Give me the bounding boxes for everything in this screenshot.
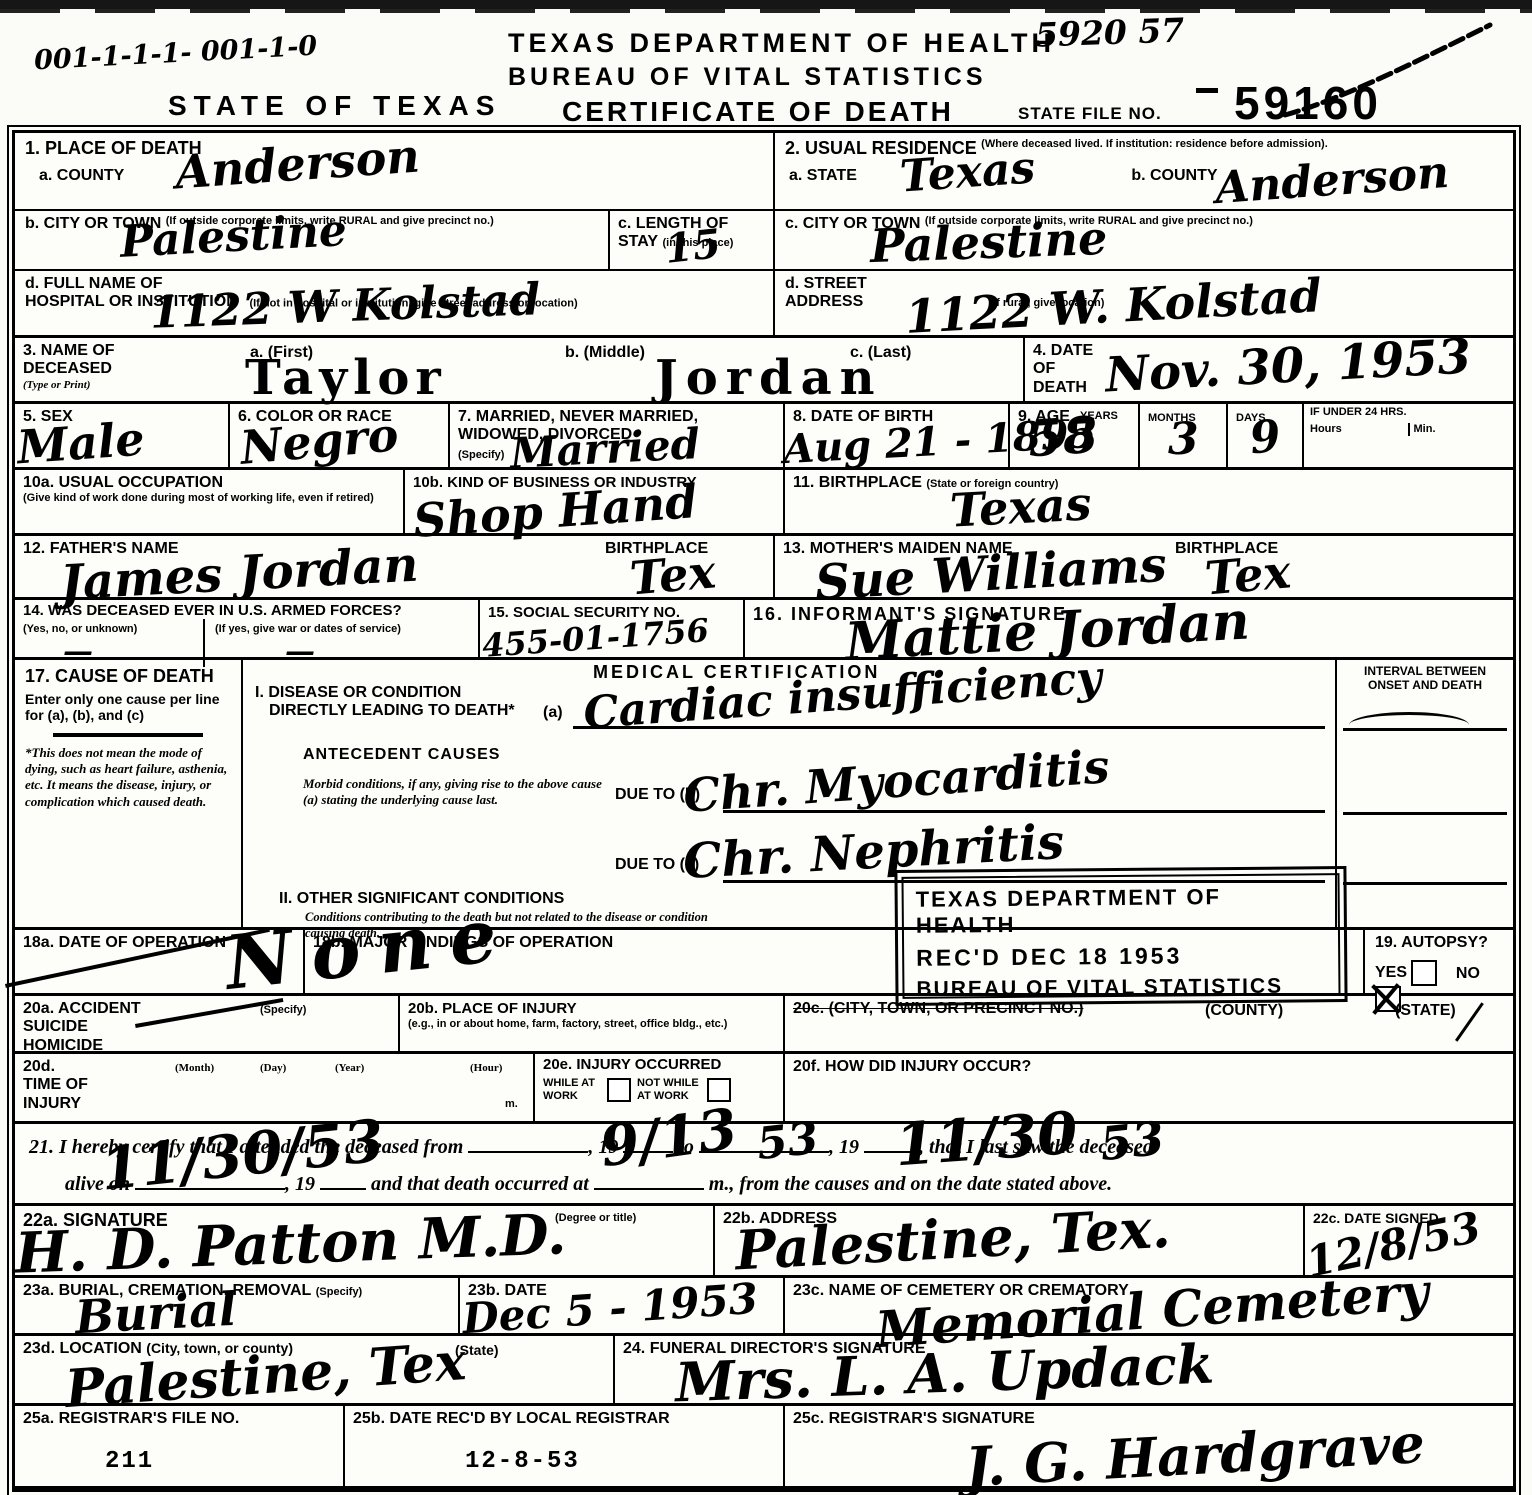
interval-label-line1: INTERVAL BETWEEN	[1343, 664, 1507, 678]
residence-city-value-handwriting: Palestine	[869, 215, 1108, 269]
time-m-label: m.	[505, 1098, 518, 1111]
hospital-value-handwriting: 1122 W Kolstad	[149, 278, 541, 336]
date-of-death-value-handwriting: Nov. 30, 1953	[1104, 332, 1472, 399]
pen-stroke-icon	[1280, 20, 1500, 130]
certify-from-value-handwriting: 9/13	[597, 1101, 741, 1176]
usual-residence-section: 2. USUAL RESIDENCE (Where deceased lived…	[775, 133, 1513, 335]
pen-dash-mark	[1196, 88, 1218, 93]
disease-condition-label1: I. DISEASE OR CONDITION	[255, 684, 515, 702]
row-location-funeraldirector: 23d. LOCATION (City, town, or county) (S…	[15, 1336, 1513, 1406]
registrar-signature-label: 25c. REGISTRAR'S SIGNATURE	[793, 1410, 1035, 1427]
received-stamp: TEXAS DEPARTMENT OF HEALTH REC'D DEC 18 …	[894, 866, 1347, 1006]
ssn-value-handwriting: 455-01-1756	[481, 614, 710, 662]
pen-squiggle-mark	[1349, 712, 1469, 725]
injury-state-label: (STATE)	[1395, 1002, 1456, 1020]
residence-state-label: a. STATE	[789, 167, 857, 184]
father-birthplace-value-handwriting: Tex	[628, 548, 717, 601]
cause-of-death-note1: Enter only one cause per line for (a), (…	[25, 691, 231, 723]
county-value-handwriting: Anderson	[174, 133, 421, 196]
while-at-work-label: WHILE AT WORK	[543, 1077, 601, 1103]
row-name-deathdate: 3. NAME OF DECEASED (Type or Print) a. (…	[15, 338, 1513, 404]
cause-of-death-note2: *This does not mean the mode of dying, s…	[25, 745, 231, 810]
cause-of-death-label: 17. CAUSE OF DEATH	[25, 666, 231, 687]
birthplace-value-handwriting: Texas	[949, 480, 1093, 533]
age-days-value-handwriting: 9	[1248, 415, 1283, 462]
row-place-residence: 1. PLACE OF DEATH a. COUNTY Anderson b. …	[15, 133, 1513, 338]
certify-fromyear-value-handwriting: 53	[755, 1117, 820, 1167]
marital-value-handwriting: Married	[509, 423, 701, 475]
interval-b-line	[1343, 812, 1507, 815]
row-armedforces-ssn-informant: 14. WAS DECEASED EVER IN U.S. ARMED FORC…	[15, 600, 1513, 660]
registrar-file-value: 211	[105, 1448, 154, 1475]
occupation-label: 10a. USUAL OCCUPATION	[23, 474, 223, 491]
scan-edge-artifact	[0, 0, 1532, 9]
first-name-value-handwriting: Taylor	[245, 354, 447, 402]
accident-suicide-homicide-label: 20a. ACCIDENT SUICIDE HOMICIDE	[23, 1000, 153, 1055]
name-of-deceased-label: 3. NAME OF DECEASED	[23, 342, 173, 379]
certify-to-value-handwriting: 11/30	[893, 1104, 1079, 1175]
injury-county-label: (COUNTY)	[1205, 1002, 1283, 1020]
row-accident-placeofinjury: 20a. ACCIDENT SUICIDE HOMICIDE (Specify)…	[15, 996, 1513, 1054]
autopsy-no-label: NO	[1456, 965, 1480, 982]
department-line1: TEXAS DEPARTMENT OF HEALTH	[508, 28, 1055, 59]
autopsy-yes-label: YES	[1375, 965, 1407, 982]
time-of-injury-label: 20d. TIME OF INJURY	[23, 1058, 93, 1113]
accident-note: (Specify)	[260, 1004, 306, 1017]
certify-toyear-value-handwriting: 53	[1098, 1115, 1166, 1167]
disease-a-label: (a)	[543, 704, 563, 722]
last-name-value-handwriting: Jordan	[655, 354, 883, 402]
age-years-value-handwriting: 58	[1026, 410, 1099, 465]
row-burial: 23a. BURIAL, CREMATION, REMOVAL (Specify…	[15, 1278, 1513, 1336]
time-year-label: (Year)	[335, 1062, 364, 1075]
date-of-death-label: 4. DATE OF DEATH	[1033, 342, 1103, 397]
funeral-director-value-handwriting: Mrs. L. A. Updack	[674, 1337, 1215, 1410]
divider-line	[53, 733, 203, 737]
interval-label-line2: ONSET AND DEATH	[1343, 678, 1507, 692]
length-of-stay-value-handwriting: 15	[663, 224, 723, 270]
race-value-handwriting: Negro	[238, 411, 400, 471]
row-time-of-injury: 20d. TIME OF INJURY (Month) (Day) (Year)…	[15, 1054, 1513, 1124]
injury-occurred-label: 20e. INJURY OCCURRED	[543, 1056, 775, 1073]
place-of-injury-note: (e.g., in or about home, farm, factory, …	[408, 1018, 738, 1031]
row-parents: 12. FATHER'S NAME BIRTHPLACE James Jorda…	[15, 536, 1513, 600]
age-min-label: Min.	[1414, 423, 1508, 436]
handwritten-code: 001-1-1-1- 001-1-0	[33, 33, 317, 75]
how-did-injury-occur-label: 20f. HOW DID INJURY OCCUR?	[793, 1058, 1031, 1075]
state-file-no-label: STATE FILE NO.	[1018, 104, 1162, 124]
place-of-death-section: 1. PLACE OF DEATH a. COUNTY Anderson b. …	[15, 133, 775, 335]
registrar-date-value: 12-8-53	[465, 1448, 580, 1475]
stamp-line3: BUREAU OF VITAL STATISTICS	[916, 974, 1326, 1002]
stamp-line1: TEXAS DEPARTMENT OF HEALTH	[916, 883, 1326, 939]
row-registrar: 25a. REGISTRAR'S FILE NO. 211 25b. DATE …	[15, 1406, 1513, 1489]
birthplace-label: 11. BIRTHPLACE	[793, 474, 922, 491]
autopsy-yes-checkbox	[1411, 960, 1437, 986]
middle-name-label: b. (Middle)	[565, 344, 645, 362]
row-physician-signature: 22a. SIGNATURE (Degree or title) H. D. P…	[15, 1206, 1513, 1278]
city-value-handwriting: Palestine	[119, 209, 348, 265]
age-hours-label: Hours	[1310, 423, 1404, 436]
while-at-work-checkbox	[607, 1078, 631, 1102]
sex-value-handwriting: Male	[16, 416, 146, 471]
signature-degree-note: (Degree or title)	[555, 1212, 636, 1225]
interval-a-line	[1343, 728, 1507, 731]
not-while-at-work-label: NOT WHILE AT WORK	[637, 1077, 701, 1103]
due-to-b-value-handwriting: Chr. Myocarditis	[682, 743, 1111, 819]
occupation-note: (Give kind of work done during most of w…	[23, 492, 395, 505]
residence-state-value-handwriting: Texas	[899, 146, 1037, 199]
state-of-texas-title: STATE OF TEXAS	[168, 90, 501, 122]
residence-county-value-handwriting: Anderson	[1214, 151, 1451, 211]
row-occupation-birthplace: 10a. USUAL OCCUPATION (Give kind of work…	[15, 470, 1513, 536]
residence-county-label: b. COUNTY	[1131, 167, 1217, 184]
handwritten-file-number: 5920 57	[1034, 13, 1184, 51]
marital-note: (Specify)	[458, 449, 504, 461]
time-day-label: (Day)	[260, 1062, 286, 1075]
antecedent-causes-label: ANTECEDENT CAUSES	[303, 746, 500, 764]
burial-type-note: (Specify)	[316, 1286, 362, 1298]
interval-c-line	[1343, 882, 1507, 885]
antecedent-note: Morbid conditions, if any, giving rise t…	[303, 776, 603, 809]
registrar-date-label: 25b. DATE REC'D BY LOCAL REGISTRAR	[353, 1410, 670, 1427]
department-header: TEXAS DEPARTMENT OF HEALTH BUREAU OF VIT…	[508, 28, 1055, 92]
burial-type-value-handwriting: Burial	[74, 1286, 238, 1340]
street-address-label: d. STREET ADDRESS	[785, 275, 895, 312]
pen-slash-mark-3	[1455, 1002, 1484, 1041]
place-of-injury-label: 20b. PLACE OF INJURY	[408, 1000, 577, 1017]
registrar-file-label: 25a. REGISTRAR'S FILE NO.	[23, 1410, 239, 1427]
department-line2: BUREAU OF VITAL STATISTICS	[508, 63, 1055, 92]
signature-value-handwriting: H. D. Patton M.D.	[14, 1206, 567, 1281]
certify-from-blank	[468, 1132, 588, 1153]
autopsy-label: 19. AUTOPSY?	[1375, 934, 1503, 952]
certify-year-word-2: 19	[839, 1136, 859, 1158]
disease-condition-label2: DIRECTLY LEADING TO DEATH*	[269, 702, 515, 720]
row-sex-race-age: 5. SEX Male 6. COLOR OR RACE Negro 7. MA…	[15, 404, 1513, 470]
time-hour-label: (Hour)	[470, 1062, 502, 1075]
scan-edge-artifact-2	[0, 9, 1532, 13]
death-certificate-form: 1. PLACE OF DEATH a. COUNTY Anderson b. …	[12, 130, 1516, 1492]
row-certify-statement: 21. I hereby certify that I attended the…	[15, 1124, 1513, 1206]
certify-line2-mid: and that death occurred at	[371, 1173, 589, 1195]
time-month-label: (Month)	[175, 1062, 214, 1075]
stamp-line2: REC'D DEC 18 1953	[916, 941, 1326, 972]
age-months-value-handwriting: 3	[1168, 418, 1199, 462]
registrar-signature-value-handwriting: J. G. Hardgrave	[964, 1416, 1426, 1494]
certificate-title: CERTIFICATE OF DEATH	[562, 96, 954, 133]
age-under24-label: IF UNDER 24 HRS.	[1310, 406, 1507, 419]
armed-forces-label: 14. WAS DECEASED EVER IN U.S. ARMED FORC…	[23, 602, 470, 619]
